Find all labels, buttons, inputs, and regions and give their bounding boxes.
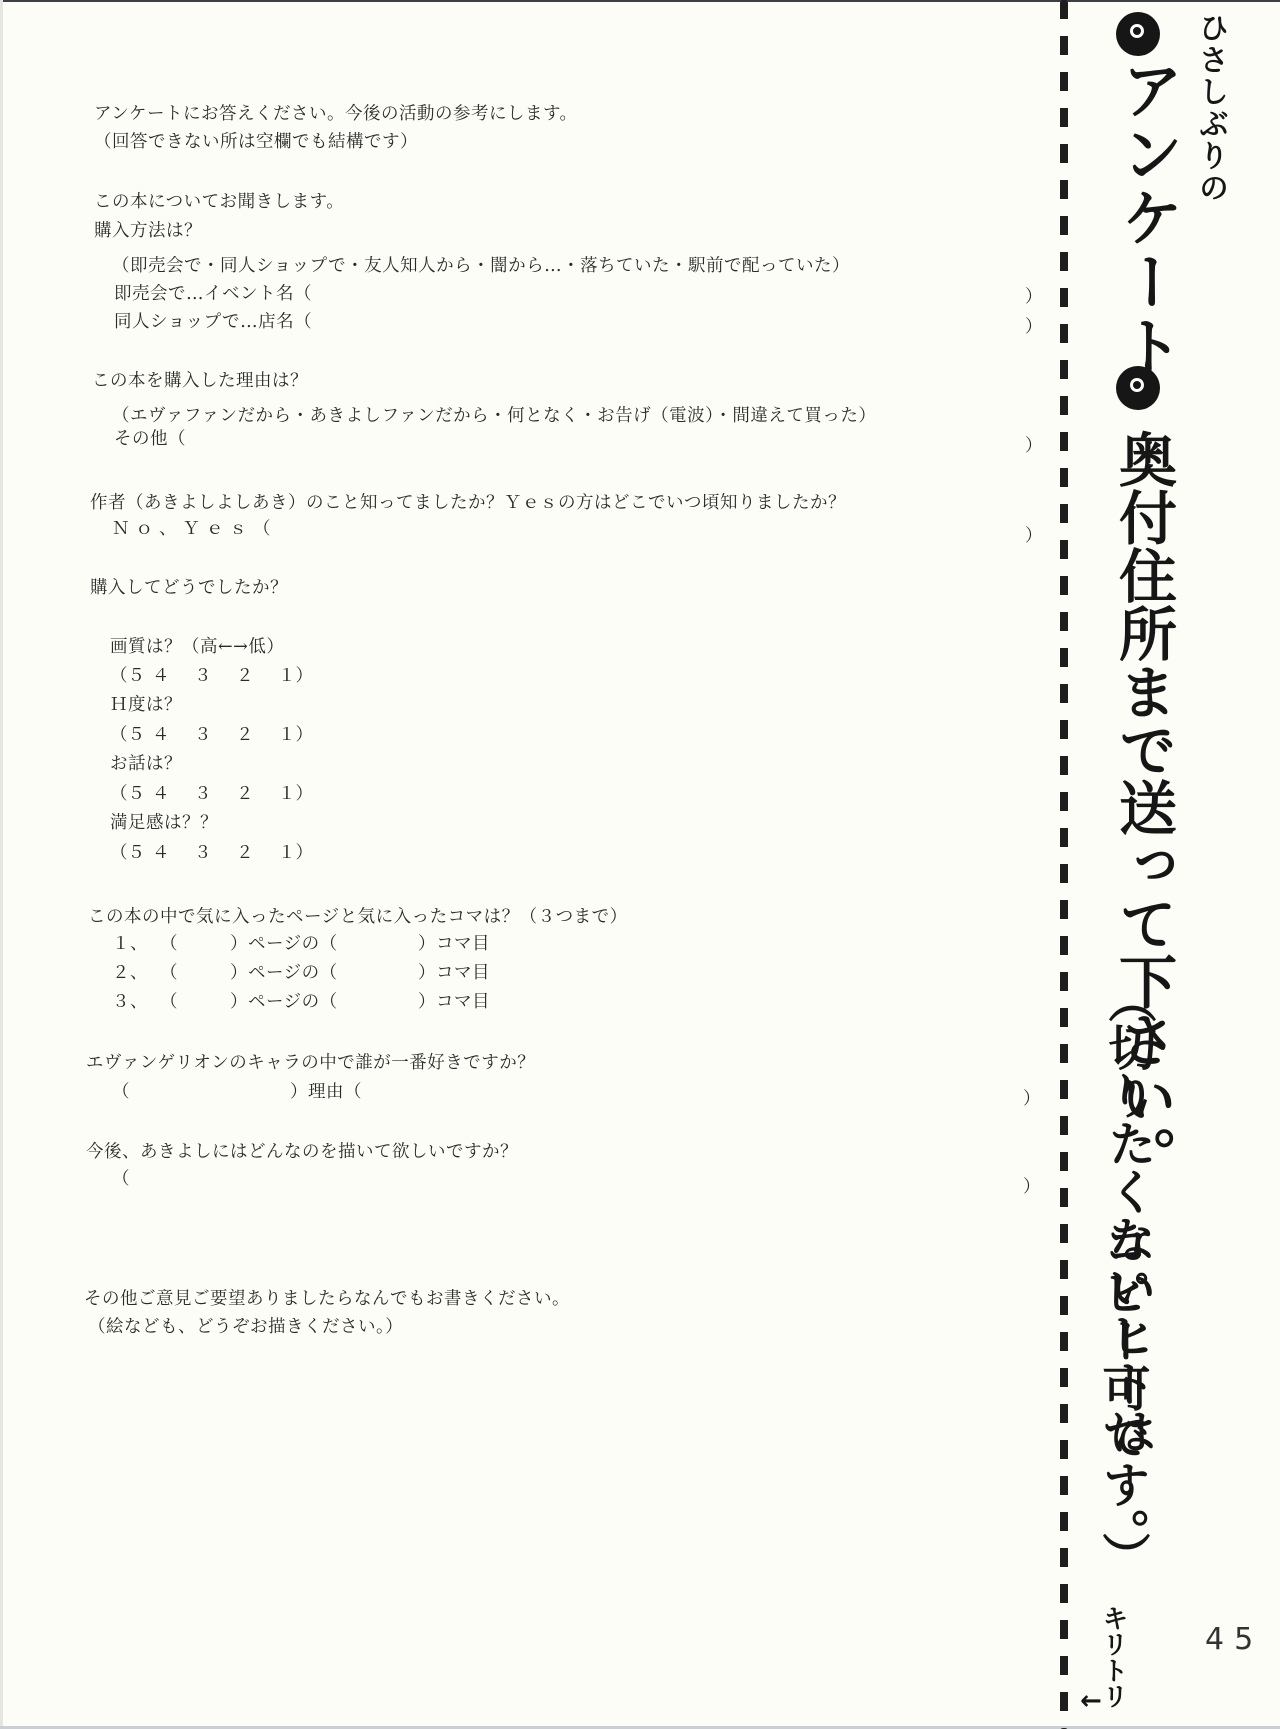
purchase-reason-other-close: ） — [1025, 435, 1043, 457]
comments-line-2: （絵なども、どうぞお描きください。） — [88, 1316, 403, 1338]
panel-label: ）コマ目 — [418, 991, 490, 1013]
page-open-paren: （ — [160, 962, 178, 984]
favorite-character-reason-label: ）理由（ — [290, 1081, 362, 1103]
panel-label: ）コマ目 — [418, 933, 490, 955]
rating-option-5[interactable]: （５ — [110, 724, 152, 746]
panel-label: ）コマ目 — [418, 962, 490, 984]
comments-line-1: その他ご意見ご要望ありましたらなんでもお書きください。 — [84, 1288, 570, 1310]
rating-option-1[interactable]: １） — [278, 665, 320, 687]
double-circle-bullet-icon — [1116, 366, 1160, 410]
favorite-pages-question: この本の中で気に入ったページと気に入ったコマは？（３つまで） — [88, 906, 628, 928]
row-number: ２、 — [112, 962, 148, 984]
cut-line-dashed — [1060, 0, 1068, 1729]
purchase-method-question: 購入方法は？ — [94, 220, 202, 242]
handwritten-note-2: コピー可です。） — [1094, 1220, 1150, 1580]
rating-option-1[interactable]: １） — [278, 724, 320, 746]
rating-option-1[interactable]: １） — [278, 783, 320, 805]
shop-name-close: ） — [1025, 316, 1043, 338]
rating-option-5[interactable]: （５ — [110, 842, 152, 864]
row-number: １、 — [112, 933, 148, 955]
page-label: ）ページの（ — [230, 991, 338, 1013]
rating-label-h-level: Ｈ度は？ — [110, 694, 182, 716]
rating-option-2[interactable]: ２ — [236, 665, 278, 687]
rating-scale-image-quality[interactable]: （５４３２１） — [110, 665, 320, 687]
page-number: 45 — [1205, 1622, 1263, 1657]
purchase-reason-other-label: その他（ — [114, 428, 186, 450]
page-open-paren: （ — [160, 991, 178, 1013]
rating-scale-h-level[interactable]: （５４３２１） — [110, 724, 320, 746]
rating-label-satisfaction: 満足感は？？ — [110, 812, 218, 834]
favorite-character-open[interactable]: （ — [112, 1081, 130, 1103]
cut-here-label: キリトリ — [1098, 1605, 1128, 1709]
rating-scale-story[interactable]: （５４３２１） — [110, 783, 320, 805]
page-label: ）ページの（ — [230, 933, 338, 955]
rating-option-3[interactable]: ３ — [194, 783, 236, 805]
author-question: 作者（あきよしよしあき）のこと知ってましたか？Ｙｅｓの方はどこでいつ頃知りました… — [90, 492, 846, 514]
row-number: ３、 — [112, 991, 148, 1013]
rating-option-4[interactable]: ４ — [152, 724, 194, 746]
purchase-method-options: （即売会で・同人ショップで・友人知人から・闇から…・落ちていた・駅前で配っていた… — [112, 255, 850, 277]
scan-top-edge — [0, 0, 1280, 2]
rating-scale-satisfaction[interactable]: （５４３２１） — [110, 842, 320, 864]
event-name-close: ） — [1025, 286, 1043, 308]
handwritten-subtitle: ひさしぶりの — [1188, 12, 1232, 204]
favorite-character-question: エヴァンゲリオンのキャラの中で誰が一番好きですか？ — [86, 1052, 535, 1074]
rating-option-3[interactable]: ３ — [194, 724, 236, 746]
future-request-close: ） — [1023, 1176, 1041, 1198]
rating-option-3[interactable]: ３ — [194, 665, 236, 687]
favorite-character-close: ） — [1023, 1088, 1041, 1110]
intro-line-1: アンケートにお答えください。今後の活動の参考にします。 — [94, 103, 578, 125]
rating-option-4[interactable]: ４ — [152, 665, 194, 687]
purchase-reason-options: （エヴァファンだから・あきよしファンだから・何となく・お告げ（電波）・間違えて買… — [112, 405, 876, 427]
handwritten-title: アンケート — [1112, 58, 1182, 378]
left-arrow-icon: ← — [1080, 1686, 1102, 1716]
page-open-paren: （ — [160, 933, 178, 955]
rating-option-3[interactable]: ３ — [194, 842, 236, 864]
future-request-question: 今後、あきよしにはどんなのを描いて欲しいですか？ — [86, 1141, 518, 1163]
rating-option-1[interactable]: １） — [278, 842, 320, 864]
purchase-reason-question: この本を購入した理由は？ — [92, 370, 308, 392]
author-answer-label: Ｎｏ、Ｙｅｓ（ — [112, 518, 277, 540]
rating-option-2[interactable]: ２ — [236, 783, 278, 805]
rating-label-image-quality: 画質は？（高←→低） — [110, 636, 284, 658]
future-request-open[interactable]: （ — [112, 1168, 130, 1190]
about-book-heading: この本についてお聞きします。 — [94, 191, 344, 213]
page-label: ）ページの（ — [230, 962, 338, 984]
scan-left-edge — [0, 0, 3, 1729]
rating-option-4[interactable]: ４ — [152, 842, 194, 864]
author-answer-close: ） — [1025, 525, 1043, 547]
double-circle-bullet-icon — [1116, 12, 1160, 56]
shop-name-label: 同人ショップで…店名（ — [114, 311, 312, 333]
rating-label-story: お話は？ — [110, 753, 182, 775]
comments-free-area[interactable] — [84, 1345, 1024, 1645]
rating-option-2[interactable]: ２ — [236, 842, 278, 864]
rating-option-5[interactable]: （５ — [110, 783, 152, 805]
ratings-heading: 購入してどうでしたか？ — [90, 577, 288, 599]
event-name-label: 即売会で…イベント名（ — [114, 283, 312, 305]
rating-option-5[interactable]: （５ — [110, 665, 152, 687]
rating-option-4[interactable]: ４ — [152, 783, 194, 805]
rating-option-2[interactable]: ２ — [236, 724, 278, 746]
intro-line-2: （回答できない所は空欄でも結構です） — [94, 131, 418, 153]
